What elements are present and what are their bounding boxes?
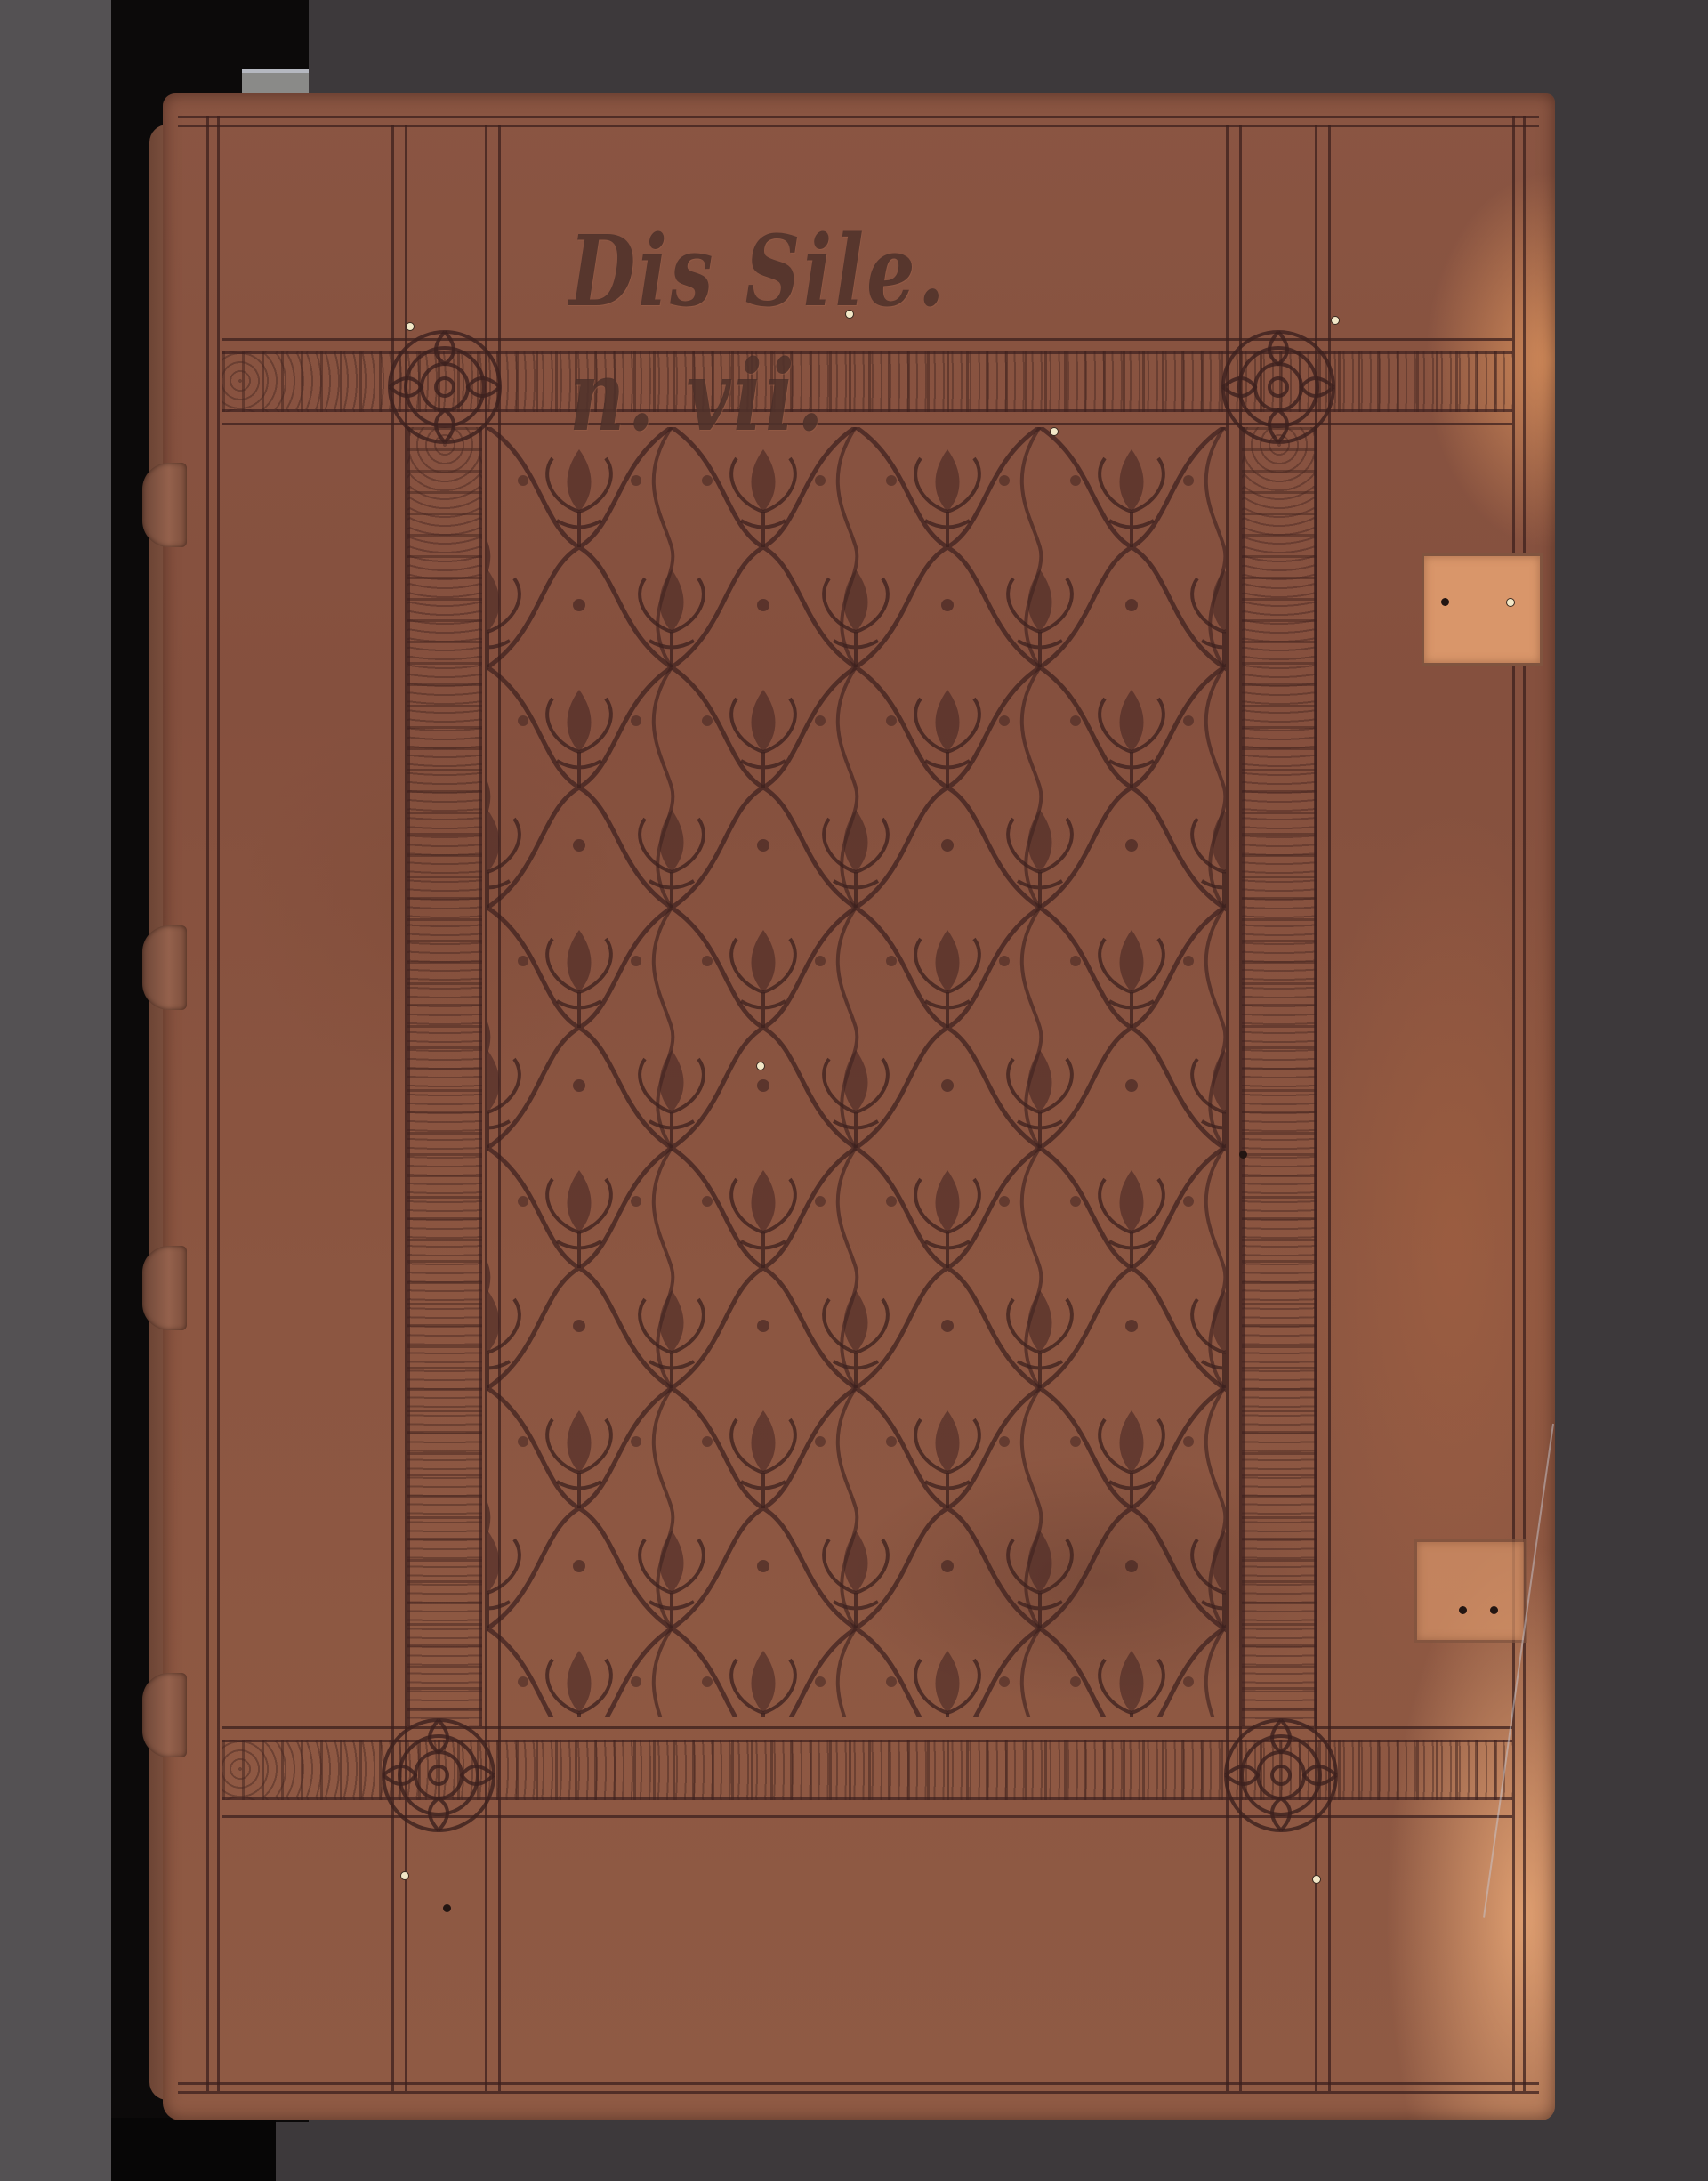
fillet-line <box>206 116 209 2091</box>
border-roll-left <box>407 427 482 1726</box>
spine-band <box>142 925 187 1010</box>
tudor-rose-stamp <box>1214 1708 1348 1842</box>
fillet-line <box>1523 116 1526 2091</box>
nail-head <box>1331 316 1340 325</box>
nail-head <box>845 310 854 319</box>
clasp-plate <box>1414 1539 1527 1643</box>
fillet-line <box>1512 116 1515 2091</box>
background-gray-strip <box>0 0 111 2181</box>
fillet-line <box>217 116 220 2091</box>
fillet-line <box>178 2091 1539 2094</box>
fillet-line <box>178 125 1539 127</box>
tudor-rose-stamp <box>1212 320 1345 454</box>
nail-hole <box>1459 1606 1467 1614</box>
background-dark-board-bottom <box>276 2122 1708 2181</box>
nail-hole <box>1441 598 1449 606</box>
fillet-line <box>178 116 1539 118</box>
nail-hole <box>1490 1606 1498 1614</box>
nail-hole <box>1239 1151 1247 1159</box>
spine-band <box>142 463 187 547</box>
border-roll-right <box>1242 427 1317 1726</box>
nail-head <box>756 1062 765 1070</box>
spine-band <box>142 1673 187 1757</box>
nail-head <box>1312 1875 1321 1884</box>
nail-hole <box>443 1904 451 1912</box>
nail-head <box>1050 427 1059 436</box>
tudor-rose-stamp <box>372 1708 505 1842</box>
fillet-line <box>178 2082 1539 2085</box>
central-panel-pattern <box>487 427 1226 1717</box>
background-black-corner <box>111 2118 276 2181</box>
nail-head <box>406 322 415 331</box>
clasp-plate <box>1422 553 1543 666</box>
nail-head <box>400 1871 409 1880</box>
nail-head <box>1506 598 1515 607</box>
title-stamp: Dis Sile. n. vii. <box>569 209 1055 334</box>
spine-band <box>142 1246 187 1330</box>
